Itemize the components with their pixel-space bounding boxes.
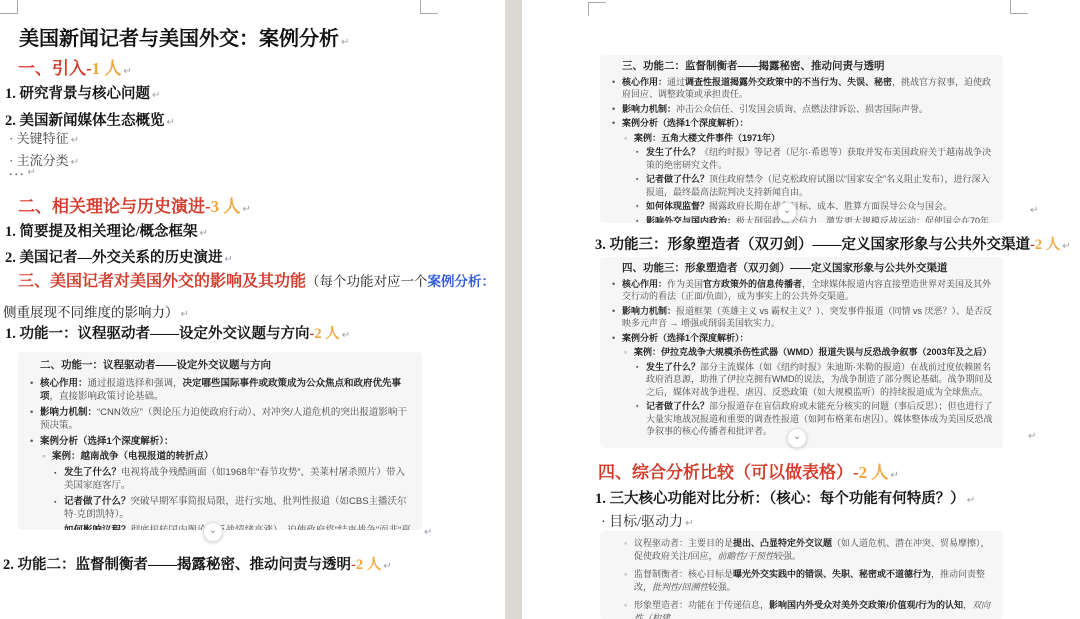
paragraph-mark: ↵ (1062, 241, 1070, 252)
text-run: 2 人 (1035, 237, 1060, 253)
text-run: 记者做了什么？ (646, 174, 709, 184)
screenshot-bullet: 发生了什么？《纽约时报》等记者（尼尔·希恩等）获取并发布美国政府关于越南战争决策… (636, 146, 993, 171)
text-run: 案例：五角大楼文件事件（1971年） (634, 133, 780, 143)
text-run: 2 人 (314, 326, 339, 342)
text-run: 较强。 (709, 582, 736, 592)
list-item-function3: 3. 功能三：形象塑造者（双刃剑）——定义国家形象与公共外交渠道-2 人↵ (595, 233, 1071, 254)
text-run: 三、功能二：监督制衡者——揭露秘密、推动问责与透明 (622, 60, 885, 72)
text-run: 核心作用： (622, 279, 667, 289)
paragraph-mark: ↵ (685, 518, 693, 529)
text-run: 前瞻性/干预性 (718, 551, 775, 561)
paragraph-mark: ↵ (1030, 205, 1038, 216)
paragraph-mark: ↵ (424, 527, 432, 538)
text-run: 报道框架（英雄主义 vs 霸权主义？）、突发事件报道（同情 vs 厌恶？）、是否… (622, 306, 992, 329)
text-run: 如何体现监督？ (646, 201, 709, 211)
document-page-1[interactable]: 美国新闻记者与美国外交：案例分析↵ 一、引入-1 人↵ 1. 研究背景与核心问题… (0, 0, 505, 619)
text-run: ，直接影响政策讨论基础。 (50, 391, 164, 402)
screenshot-heading: 四、功能三：形象塑造者（双刃剑）——定义国家形象与公共外交渠道 (622, 262, 993, 275)
text-run: 一、引入- (18, 59, 92, 78)
screenshot-bullet: 发生了什么？部分主流媒体（如《纽约时报》朱迪斯·米勒的报道）在战前过度依赖匿名政… (636, 361, 993, 399)
text-run: 批判性/回溯性 (652, 582, 709, 592)
margin-crop-mark (588, 2, 606, 16)
chat-screenshot-comparison[interactable]: 议程驱动者：主要目的是提出、凸显特定外交议题（如人道危机、潜在冲突、贸易摩擦），… (600, 531, 1003, 619)
screenshot-heading: 二、功能一：议程驱动者——设定外交议题与方向 (40, 359, 412, 373)
text-run: 3 人 (211, 197, 241, 216)
chat-screenshot-function2[interactable]: 三、功能二：监督制衡者——揭露秘密、推动问责与透明 核心作用：通过调查性报道揭露… (600, 55, 1003, 223)
document-canvas: { "marks": { "pilcrow": "↵", "scroll_che… (0, 0, 1080, 619)
paragraph-mark: ↵ (123, 66, 131, 77)
chat-screenshot-function1[interactable]: 二、功能一：议程驱动者——设定外交议题与方向 核心作用：通过报道选择和强调，决定… (18, 352, 422, 530)
text-run: 3. 功能三：形象塑造者（双刃剑）——定义国家形象与公共外交渠道 (595, 237, 1030, 253)
screenshot-bullet: 案例：五角大楼文件事件（1971年） (624, 132, 993, 145)
screenshot-bullet: 核心作用：通过报道选择和强调，决定哪些国际事件或政策成为公众焦点和政府优先事项，… (30, 377, 412, 404)
text-run: 核心作用： (40, 378, 88, 389)
text-run: 三、美国记者对美国外交的影响及其功能 (18, 273, 306, 290)
text-run: 发生了什么？ (64, 467, 121, 478)
text-run: 2. 功能二：监督制衡者——揭露秘密、推动问责与透明 (3, 557, 351, 573)
text-run: 发生了什么？ (646, 147, 700, 157)
screenshot-bullet: 监督制衡者：核心目标是曝光外交实践中的错误、失职、秘密或不道德行为，推动问责整改… (624, 568, 993, 594)
text-run: 案例分析（选择1个深度解析）： (40, 436, 174, 447)
text-run: 案例分析（选择1个深度解析）： (622, 333, 749, 343)
screenshot-bullet: 如何影响议程？彻底扭转国内舆论（反战情绪高涨），迫使政府将“结束战争”而非“赢得… (54, 524, 412, 531)
text-run: ， (963, 600, 972, 610)
text-run: · 关键特征 (9, 131, 69, 146)
text-run: 通过 (667, 77, 685, 87)
screenshot-bullet: 议程驱动者：主要目的是提出、凸显特定外交议题（如人道危机、潜在冲突、贸易摩擦），… (624, 537, 993, 563)
text-run: · 目标/驱动力 (601, 515, 683, 530)
section-heading-intro: 一、引入-1 人↵ (18, 54, 132, 79)
list-item-function2: 2. 功能二：监督制衡者——揭露秘密、推动问责与透明-2 人↵ (3, 553, 392, 574)
text-run: 形象塑造者：功能在于传递信息， (634, 600, 769, 610)
screenshot-bullet: 案例：越南战争（电视报道的转折点） (42, 450, 412, 464)
doc-title: 美国新闻记者与美国外交：案例分析↵ (19, 22, 349, 51)
document-page-2[interactable]: 三、功能二：监督制衡者——揭露秘密、推动问责与透明 核心作用：通过调查性报道揭露… (522, 0, 1080, 619)
text-run: 议程驱动者：主要目的是 (634, 538, 733, 548)
text-run: 案例分析（选择1个深度解析）： (622, 118, 749, 128)
text-run: 四、综合分析比较（可以做表格）- (598, 463, 859, 482)
text-run: 发生了什么？ (646, 362, 700, 372)
text-run: 揭露政府长期在战争目标、成本、胜算方面误导公众与国会。 (709, 201, 952, 211)
paragraph-mark: ↵ (71, 157, 79, 168)
text-run: 监督制衡者：核心目标是 (634, 569, 733, 579)
text-run: 二、功能一：议程驱动者——设定外交议题与方向 (40, 359, 271, 371)
paragraph-mark: ↵ (200, 228, 208, 239)
screenshot-bullet: 记者做了什么？部分报道存在盲信政府或未能充分核实的问题（事后反思）；但也进行了大… (636, 400, 993, 438)
paragraph-mark: ↵ (1028, 431, 1036, 442)
text-run: 案例分析： (428, 274, 496, 289)
paragraph-mark: ↵ (890, 470, 898, 481)
text-run: 2. 美国记者—外交关系的历史演进 (5, 250, 223, 266)
text-run: 二、相关理论与历史演进- (18, 197, 211, 216)
screenshot-bullet: 影响力机制：报道框架（英雄主义 vs 霸权主义？）、突发事件报道（同情 vs 厌… (612, 305, 993, 330)
text-run: 2 人 (356, 557, 381, 573)
screenshot-bullet: 案例分析（选择1个深度解析）： (30, 435, 412, 449)
list-item: 2. 美国新闻媒体生态概览↵ (5, 109, 175, 130)
chevron-down-icon: ⌄ (209, 525, 217, 536)
text-run: 提出、凸显特定外交议题 (733, 538, 832, 548)
list-item: 1. 简要提及相关理论/概念框架↵ (5, 220, 208, 241)
paragraph-mark: ↵ (383, 561, 391, 572)
text-run: 2. 美国新闻媒体生态概览 (5, 113, 165, 129)
text-run: 侧重展现不同维度的影响力） (3, 305, 179, 320)
list-item: 1. 三大核心功能对比分析：（核心：每个功能有何特质？）↵ (595, 487, 975, 508)
text-run: 作为美国 (667, 279, 703, 289)
text-run: 记者做了什么？ (64, 496, 131, 507)
list-item: 1. 研究背景与核心问题↵ (5, 82, 160, 103)
text-run: 四、功能三：形象塑造者（双刃剑）——定义国家形象与公共外交渠道 (622, 262, 948, 274)
section-heading-comparison: 四、综合分析比较（可以做表格）-2 人↵ (598, 458, 899, 483)
text-run: 1 人 (92, 59, 122, 78)
margin-crop-mark (1010, 0, 1028, 14)
screenshot-bullet: 核心作用：通过调查性报道揭露外交政策中的不当行为、失误、秘密，挑战官方叙事，迫使… (612, 76, 993, 101)
screenshot-bullet: 记者做了什么？突破早期军事简报局限，进行实地、批判性报道（如CBS主播沃尔特·克… (54, 495, 412, 522)
screenshot-bullet: 案例分析（选择1个深度解析）： (612, 117, 993, 130)
text-run: 案例：伊拉克战争大规模杀伤性武器（WMD）报道失误与反恐战争叙事（2003年及之… (634, 347, 992, 357)
paragraph-mark: ↵ (242, 204, 250, 215)
text-run: 1. 三大核心功能对比分析：（核心：每个功能有何特质？） (595, 491, 965, 507)
text-run: 1. 研究背景与核心问题 (5, 86, 150, 102)
screenshot-bullet: 如何体现监督？揭露政府长期在战争目标、成本、胜算方面误导公众与国会。 (636, 200, 993, 213)
paragraph-mark: ↵ (342, 330, 350, 341)
paragraph-mark: ↵ (341, 37, 349, 48)
text-run: 美国新闻记者与美国外交：案例分析 (19, 28, 339, 50)
chevron-down-icon: ⌄ (783, 205, 791, 216)
paragraph-mark: ↵ (167, 117, 175, 128)
text-run: ... (9, 164, 26, 179)
text-run: 2 人 (859, 463, 889, 482)
paragraph-mark: ↵ (225, 254, 233, 265)
text-run: 记者做了什么？ (646, 401, 709, 411)
screenshot-heading: 三、功能二：监督制衡者——揭露秘密、推动问责与透明 (622, 60, 993, 73)
screenshot-bullet: 案例：伊拉克战争大规模杀伤性武器（WMD）报道失误与反恐战争叙事（2003年及之… (624, 346, 993, 359)
scroll-down-button[interactable]: ⌄ (777, 202, 797, 222)
screenshot-bullet: 影响力机制：“CNN效应”（舆论压力迫使政府行动）、对冲突/人道危机的突出报道影… (30, 406, 412, 433)
list-item-function1: 1. 功能一：议程驱动者——设定外交议题与方向-2 人↵ (5, 322, 350, 343)
bullet-item: · 关键特征↵ (9, 128, 79, 147)
text-run: 调查性报道揭露外交政策中的不当行为、失误、秘密 (685, 77, 892, 87)
text-run: 影响外交与国内政治： (646, 216, 736, 224)
text-run: 冲击公众信任、引发国会质询、点燃法律诉讼、损害国际声誉。 (676, 104, 928, 114)
text-run: 影响力机制： (622, 104, 676, 114)
text-run: 通过报道选择和强调， (88, 378, 183, 389)
screenshot-bullet: 影响力机制：冲击公众信任、引发国会质询、点燃法律诉讼、损害国际声誉。 (612, 103, 993, 116)
text-run: 影响国内外受众对美外交政策/价值观/行为的认知 (769, 600, 963, 610)
chat-screenshot-function3[interactable]: 四、功能三：形象塑造者（双刃剑）——定义国家形象与公共外交渠道 核心作用：作为美… (600, 257, 1003, 448)
text-run: 影响力机制： (40, 407, 97, 418)
paragraph-mark: ↵ (967, 495, 975, 506)
scroll-down-button[interactable]: ⌄ (203, 522, 223, 542)
text-run: 核心作用： (622, 77, 667, 87)
screenshot-bullet: 发生了什么？电视将战争残酷画面（如1968年“春节攻势”、美莱村屠杀照片）带入美… (54, 466, 412, 493)
text-run: 1. 简要提及相关理论/概念框架 (5, 224, 198, 240)
paragraph-mark: ↵ (152, 90, 160, 101)
section-heading-theory: 二、相关理论与历史演进-3 人↵ (18, 192, 251, 217)
paragraph-mark: ↵ (71, 135, 79, 146)
margin-crop-mark (0, 0, 18, 14)
text-run: 案例：越南战争（电视报道的转折点） (52, 451, 214, 462)
screenshot-bullet: 形象塑造者：功能在于传递信息，影响国内外受众对美外交政策/价值观/行为的认知，双… (624, 599, 993, 619)
ellipsis-line: ...↵ (9, 164, 38, 180)
text-run: 较强。 (774, 551, 801, 561)
screenshot-bullet: 记者做了什么？顶住政府禁令（尼克松政府试图以“国家安全”名义阻止发布），进行深入… (636, 173, 993, 198)
text-run: 官方政策外的信息传播者 (703, 279, 802, 289)
section-heading-continuation: 侧重展现不同维度的影响力）↵ (3, 301, 189, 321)
text-run: 曝光外交实践中的错误、失职、秘密或不道德行为 (733, 569, 931, 579)
text-run: 1. 功能一：议程驱动者——设定外交议题与方向 (5, 326, 310, 342)
text-run: 影响力机制： (622, 306, 676, 316)
margin-crop-mark (420, 0, 438, 14)
scroll-down-button[interactable]: ⌄ (787, 428, 807, 448)
text-run: （每个功能对应一个 (306, 274, 428, 289)
paragraph-mark: ↵ (181, 309, 189, 320)
section-heading-influence: 三、美国记者对美国外交的影响及其功能（每个功能对应一个案例分析： (18, 268, 495, 291)
screenshot-bullet: 案例分析（选择1个深度解析）： (612, 332, 993, 345)
chevron-down-icon: ⌄ (793, 431, 801, 442)
screenshot-bullet: 核心作用：作为美国官方政策外的信息传播者，全球媒体报道内容直接塑造世界对美国及其… (612, 278, 993, 303)
screenshot-bullet: 影响外交与国内政治：极大削弱政府公信力，激发更大规模反战运动；促使国会在70年代… (636, 215, 993, 224)
paragraph-mark: ↵ (28, 167, 38, 178)
list-item: 2. 美国记者—外交关系的历史演进↵ (5, 246, 233, 267)
text-run: 如何影响议程？ (64, 525, 131, 531)
bullet-item: · 目标/驱动力↵ (601, 511, 693, 531)
